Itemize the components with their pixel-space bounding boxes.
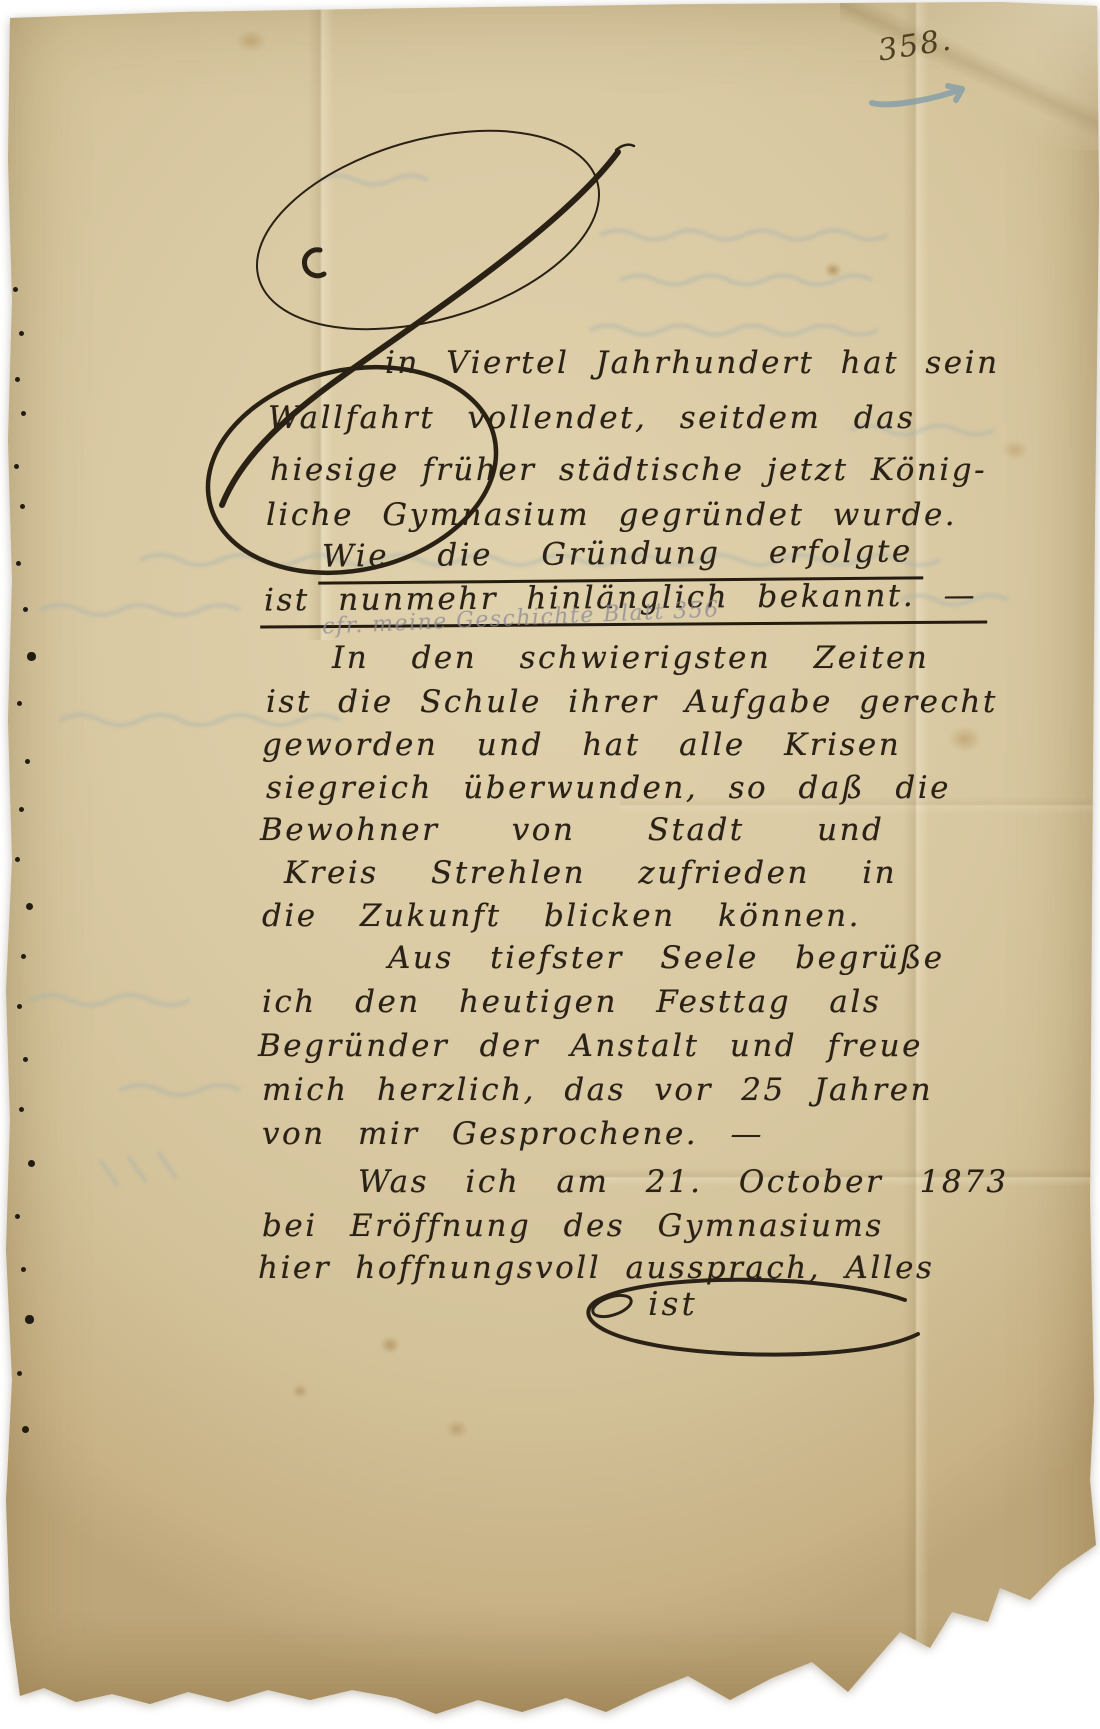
manuscript-line: Bewohner von Stadt und [260, 812, 884, 848]
foxing-stain [380, 1336, 400, 1354]
manuscript-line: Aus tiefster Seele begrüße [388, 940, 945, 976]
manuscript-line: hier hoffnungsvoll aussprach, Alles [258, 1250, 934, 1286]
manuscript-line: Was ich am 21. October 1873 [358, 1164, 1009, 1200]
foxing-stain [446, 1420, 468, 1438]
manuscript-line: von mir Gesprochene. — [262, 1116, 764, 1152]
manuscript-line: liche Gymnasium gegründet wurde. [266, 497, 957, 533]
foxing-stain [1002, 440, 1028, 460]
foxing-stain [948, 726, 982, 752]
corner-fold [840, 0, 1100, 150]
bottom-edge-shading [0, 1609, 1100, 1729]
manuscript-line: in Viertel Jahrhundert hat sein [385, 345, 1000, 381]
paper-wrapper: 358. in Viertel Jahrhundert hat sein [0, 0, 1100, 1729]
manuscript-line: In den schwierigsten Zeiten [332, 640, 929, 676]
manuscript-line: ist die Schule ihrer Aufgabe gerecht [266, 684, 998, 720]
manuscript-line: ich den heutigen Festtag als [262, 984, 881, 1020]
manuscript-paper: 358. in Viertel Jahrhundert hat sein [0, 0, 1100, 1729]
manuscript-line: mich herzlich, das vor 25 Jahren [262, 1072, 933, 1108]
manuscript-line: hiesige früher städtische jetzt König- [270, 452, 987, 488]
manuscript-line: bei Eröffnung des Gymnasiums [262, 1208, 884, 1244]
page-number: 358. [876, 22, 955, 68]
foxing-stain [292, 1384, 308, 1398]
manuscript-line: Begründer der Anstalt und freue [258, 1028, 923, 1064]
foxing-stain [236, 30, 266, 52]
manuscript-line: geworden und hat alle Krisen [262, 727, 901, 763]
manuscript-line: Wallfahrt vollendet, seitdem das [268, 400, 916, 436]
fold-crease-vertical [903, 0, 929, 1729]
manuscript-line-underlined: Wie die Gründung erfolgte [318, 533, 923, 574]
manuscript-line: die Zukunft blicken können. [262, 898, 861, 934]
catchword: ist [648, 1284, 698, 1323]
manuscript-line: Kreis Strehlen zufrieden in [284, 855, 897, 891]
manuscript-scan: 358. in Viertel Jahrhundert hat sein [0, 0, 1100, 1729]
binding-edge-ink-specks [0, 0, 3, 3]
manuscript-line: siegreich überwunden, so daß die [266, 770, 951, 806]
foxing-stain [824, 262, 842, 278]
